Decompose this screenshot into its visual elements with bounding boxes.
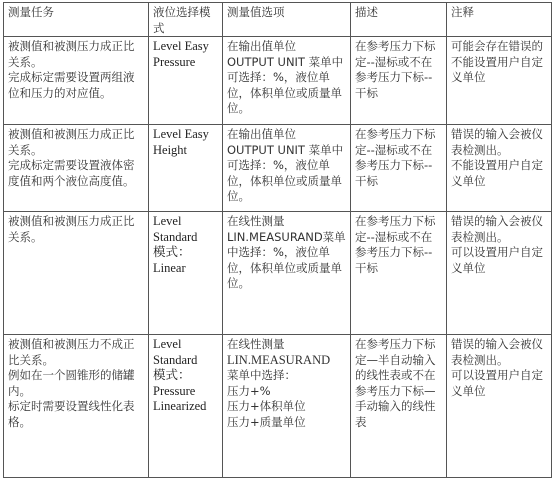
options-text: 在线性测量 <box>227 337 346 353</box>
header-notes: 注释 <box>447 3 552 37</box>
mode-cell: Level Easy Pressure <box>149 37 223 125</box>
description-text: 在参考压力下标定--湿标或不在参考压力下标--干标 <box>355 214 442 276</box>
options-text: 压力+% <box>227 384 346 400</box>
task-cell: 被测值和被测压力不成正比关系。 例如在一个圆锥形的储罐内。 标定时需要设置线性化… <box>4 335 149 478</box>
mode-text: Pressure <box>153 55 218 71</box>
options-text: 压力+体积单位 <box>227 399 346 415</box>
note-text: 错误的输入会被仪表检测出。 <box>451 127 547 158</box>
options-text: 菜单中选择： <box>227 368 346 384</box>
note-cell: 错误的输入会被仪表检测出。 不能设置用户自定义单位 <box>447 125 552 212</box>
options-cell: 在线性测量 LIN.MEASURAND 菜单中选择： 压力+% 压力+体积单位 … <box>223 335 351 478</box>
header-level-mode: 液位选择模式 <box>149 3 223 37</box>
task-text: 被测值和被测压力成正比关系。 <box>8 39 144 70</box>
options-text: LIN.MEASURAND菜单中选择：%，液位单位，体积单位或质量单位。 <box>227 230 346 292</box>
task-cell: 被测值和被测压力成正比关系。 完成标定需要设置两组液位和压力的对应值。 <box>4 37 149 125</box>
task-cell: 被测值和被测压力成正比关系。 <box>4 212 149 335</box>
options-text: 在输出值单位 <box>227 39 346 55</box>
mode-cell: Level Standard 模式： Pressure Linearized <box>149 335 223 478</box>
task-cell: 被测值和被测压力成正比关系。 完成标定需要设置液体密度值和两个液位高度值。 <box>4 125 149 212</box>
table-row: 被测值和被测压力不成正比关系。 例如在一个圆锥形的储罐内。 标定时需要设置线性化… <box>4 335 552 478</box>
note-text: 错误的输入会被仪表检测出。 <box>451 337 547 368</box>
note-text: 可能会存在错误的 <box>451 39 547 55</box>
mode-text: Height <box>153 143 218 159</box>
task-text: 完成标定需要设置液体密度值和两个液位高度值。 <box>8 158 144 189</box>
task-text: 被测值和被测压力不成正比关系。 <box>8 337 144 368</box>
options-text: LIN.MEASURAND <box>227 353 346 369</box>
mode-text: Linearized <box>153 399 218 415</box>
mode-text: Linear <box>153 261 218 277</box>
mode-text: 模式： <box>153 368 218 384</box>
task-text: 标定时需要设置线性化表格。 <box>8 399 144 430</box>
mode-text: Level <box>153 214 218 230</box>
mode-text: 模式： <box>153 245 218 261</box>
note-cell: 可能会存在错误的 不能设置用户自定义单位 <box>447 37 552 125</box>
options-text: OUTPUT UNIT 菜单中可选择：%，液位单位，体积单位或质量单位。 <box>227 143 346 205</box>
note-text: 错误的输入会被仪表检测出。 <box>451 214 547 245</box>
note-text: 可以设置用户自定义单位 <box>451 368 547 399</box>
mode-text: Standard <box>153 353 218 369</box>
mode-cell: Level Standard 模式： Linear <box>149 212 223 335</box>
header-description: 描述 <box>351 3 447 37</box>
description-text: 在参考压力下标定--湿标或不在参考压力下标--干标 <box>355 127 442 189</box>
description-cell: 在参考压力下标定--湿标或不在参考压力下标--干标 <box>351 212 447 335</box>
mode-text: Level Easy <box>153 127 218 143</box>
task-text: 完成标定需要设置两组液位和压力的对应值。 <box>8 70 144 101</box>
measurement-mode-table: 测量任务 液位选择模式 测量值选项 描述 注释 被测值和被测压力成正比关系。 完… <box>3 2 552 478</box>
table-row: 被测值和被测压力成正比关系。 完成标定需要设置两组液位和压力的对应值。 Leve… <box>4 37 552 125</box>
mode-text: Level Easy <box>153 39 218 55</box>
description-cell: 在参考压力下标定—半自动输入的线性表或不在参考压力下标—手动输入的线性表 <box>351 335 447 478</box>
mode-cell: Level Easy Height <box>149 125 223 212</box>
header-measured-value-options: 测量值选项 <box>223 3 351 37</box>
note-text: 不能设置用户自定义单位 <box>451 158 547 189</box>
options-cell: 在线性测量 LIN.MEASURAND菜单中选择：%，液位单位，体积单位或质量单… <box>223 212 351 335</box>
note-text: 不能设置用户自定义单位 <box>451 55 547 86</box>
options-text: 压力+质量单位 <box>227 415 346 431</box>
task-text: 例如在一个圆锥形的储罐内。 <box>8 368 144 399</box>
options-text: OUTPUT UNIT 菜单中可选择：%，液位单位，体积单位或质量单位。 <box>227 55 346 117</box>
options-cell: 在输出值单位 OUTPUT UNIT 菜单中可选择：%，液位单位，体积单位或质量… <box>223 37 351 125</box>
mode-text: Pressure <box>153 384 218 400</box>
note-cell: 错误的输入会被仪表检测出。 可以设置用户自定义单位 <box>447 335 552 478</box>
header-measurement-task: 测量任务 <box>4 3 149 37</box>
options-cell: 在输出值单位 OUTPUT UNIT 菜单中可选择：%，液位单位，体积单位或质量… <box>223 125 351 212</box>
task-text: 被测值和被测压力成正比关系。 <box>8 127 144 158</box>
note-cell: 错误的输入会被仪表检测出。 可以设置用户自定义单位 <box>447 212 552 335</box>
task-text: 被测值和被测压力成正比关系。 <box>8 214 144 245</box>
description-text: 在参考压力下标定--湿标或不在参考压力下标--干标 <box>355 39 442 101</box>
note-text: 可以设置用户自定义单位 <box>451 245 547 276</box>
description-cell: 在参考压力下标定--湿标或不在参考压力下标--干标 <box>351 125 447 212</box>
description-cell: 在参考压力下标定--湿标或不在参考压力下标--干标 <box>351 37 447 125</box>
mode-text: Standard <box>153 230 218 246</box>
table-row: 被测值和被测压力成正比关系。 Level Standard 模式： Linear… <box>4 212 552 335</box>
mode-text: Level <box>153 337 218 353</box>
options-text: 在线性测量 <box>227 214 346 230</box>
options-text: 在输出值单位 <box>227 127 346 143</box>
table-row: 被测值和被测压力成正比关系。 完成标定需要设置液体密度值和两个液位高度值。 Le… <box>4 125 552 212</box>
header-row: 测量任务 液位选择模式 测量值选项 描述 注释 <box>4 3 552 37</box>
description-text: 在参考压力下标定—半自动输入的线性表或不在参考压力下标—手动输入的线性表 <box>355 337 442 430</box>
